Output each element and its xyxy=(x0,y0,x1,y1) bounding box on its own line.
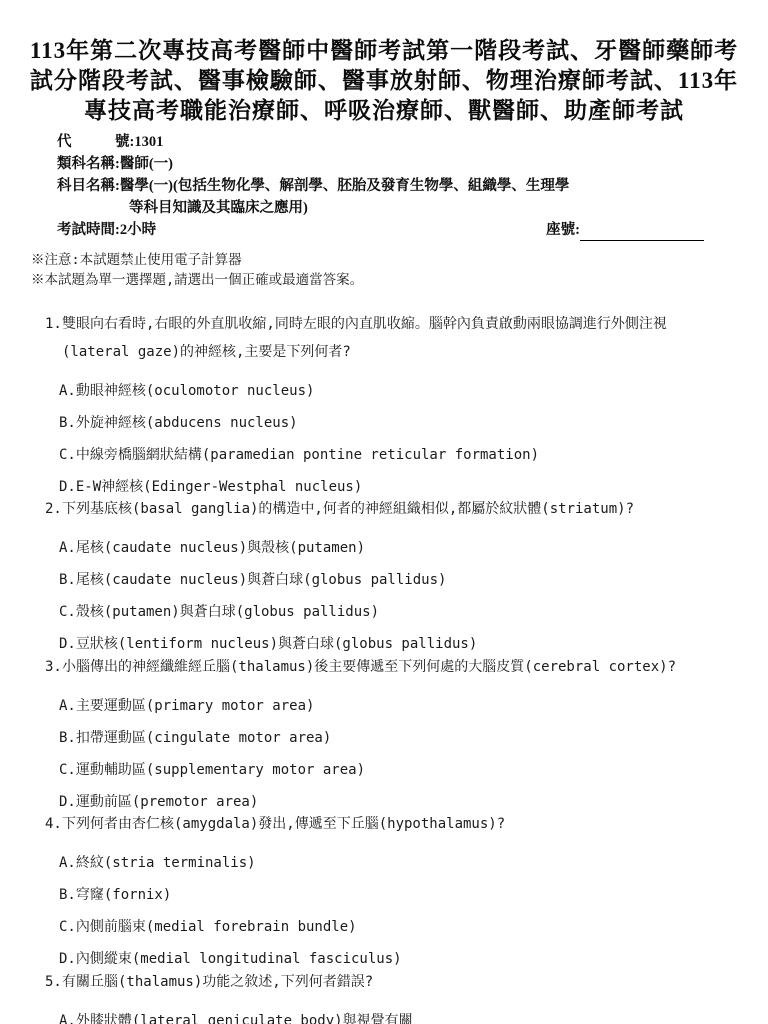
option-text: 尾核(caudate nucleus)與殼核(putamen) xyxy=(76,540,365,556)
option-text: 主要運動區(primary motor area) xyxy=(76,698,315,714)
option-c: C.運動輔助區(supplementary motor area) xyxy=(59,763,768,778)
subject-row: 科目名稱:醫學(一)(包括生物化學、解剖學、胚胎及發育生物學、組織學、生理學 xyxy=(57,175,738,197)
exam-code-row: 代 號:1301 xyxy=(57,131,738,153)
question-number: 5. xyxy=(45,969,62,997)
option-a: A.外膝狀體(lateral geniculate body)與視覺有關 xyxy=(59,1014,768,1024)
option-text: 動眼神經核(oculomotor nucleus) xyxy=(76,383,315,399)
option-label: C. xyxy=(59,919,76,935)
option-label: A. xyxy=(59,383,76,399)
option-label: D. xyxy=(59,636,76,652)
option-d: D.內側縱束(medial longitudinal fasciculus) xyxy=(59,952,768,967)
option-a: A.動眼神經核(oculomotor nucleus) xyxy=(59,384,768,399)
option-text: 豆狀核(lentiform nucleus)與蒼白球(globus pallid… xyxy=(76,636,477,652)
option-text: 運動輔助區(supplementary motor area) xyxy=(76,762,365,778)
question-line: 下列基底核(basal ganglia)的構造中,何者的神經組織相似,都屬於紋狀… xyxy=(62,501,634,517)
option-label: D. xyxy=(59,479,76,495)
question-number: 2. xyxy=(45,496,62,524)
option-d: D.運動前區(premotor area) xyxy=(59,795,768,810)
seat-number-label: 座號: xyxy=(546,219,580,241)
exam-time: 考試時間:2小時 xyxy=(57,219,156,241)
option-d: D.豆狀核(lentiform nucleus)與蒼白球(globus pall… xyxy=(59,637,768,652)
title-line-1: 113年第二次專技高考醫師中醫師考試第一階段考試、牙醫師藥師考 xyxy=(12,36,756,66)
category-row: 類科名稱:醫師(一) xyxy=(57,153,738,175)
option-text: E-W神經核(Edinger-Westphal nucleus) xyxy=(76,479,362,495)
option-label: A. xyxy=(59,855,76,871)
exam-time-label: 考試時間: xyxy=(57,222,120,238)
subject-value-line1: 醫學(一)(包括生物化學、解剖學、胚胎及發育生物學、組織學、生理學 xyxy=(120,178,569,194)
question-number: 3. xyxy=(45,654,62,682)
option-text: 內側縱束(medial longitudinal fasciculus) xyxy=(76,951,402,967)
option-text: 運動前區(premotor area) xyxy=(76,794,258,810)
question-line: 下列何者由杏仁核(amygdala)發出,傳遞至下丘腦(hypothalamus… xyxy=(62,816,505,832)
question-text: 3.小腦傳出的神經纖維經丘腦(thalamus)後主要傳遞至下列何處的大腦皮質(… xyxy=(45,654,768,682)
question-4: 4.下列何者由杏仁核(amygdala)發出,傳遞至下丘腦(hypothalam… xyxy=(0,811,768,967)
question-text: 4.下列何者由杏仁核(amygdala)發出,傳遞至下丘腦(hypothalam… xyxy=(45,811,768,839)
question-3: 3.小腦傳出的神經纖維經丘腦(thalamus)後主要傳遞至下列何處的大腦皮質(… xyxy=(0,654,768,810)
option-a: A.主要運動區(primary motor area) xyxy=(59,699,768,714)
subject-value-line2: 等科目知識及其臨床之應用) xyxy=(129,197,738,219)
option-c: C.內側前腦束(medial forebrain bundle) xyxy=(59,920,768,935)
option-label: C. xyxy=(59,762,76,778)
title-line-2: 試分階段考試、醫事檢驗師、醫事放射師、物理治療師考試、113年 xyxy=(12,66,756,96)
question-2: 2.下列基底核(basal ganglia)的構造中,何者的神經組織相似,都屬於… xyxy=(0,496,768,652)
question-list: 1.雙眼向右看時,右眼的外直肌收縮,同時左眼的內直肌收縮。腦幹內負責啟動兩眼協調… xyxy=(0,311,768,1024)
option-text: 外旋神經核(abducens nucleus) xyxy=(76,415,298,431)
subject-label: 科目名稱: xyxy=(57,178,120,194)
exam-time-value: 2小時 xyxy=(120,222,156,238)
option-b: B.尾核(caudate nucleus)與蒼白球(globus pallidu… xyxy=(59,573,768,588)
question-line: 雙眼向右看時,右眼的外直肌收縮,同時左眼的內直肌收縮。腦幹內負責啟動兩眼協調進行… xyxy=(62,316,667,332)
option-text: 穹窿(fornix) xyxy=(76,887,171,903)
note-no-calculator: ※注意:本試題禁止使用電子計算器 xyxy=(31,250,768,270)
exam-meta: 代 號:1301 類科名稱:醫師(一) 科目名稱:醫學(一)(包括生物化學、解剖… xyxy=(57,131,738,241)
option-text: 終紋(stria terminalis) xyxy=(76,855,256,871)
exam-code-label: 代 號: xyxy=(57,134,134,150)
option-text: 中線旁橋腦網狀結構(paramedian pontine reticular f… xyxy=(76,447,539,463)
exam-paper-page: 113年第二次專技高考醫師中醫師考試第一階段考試、牙醫師藥師考 試分階段考試、醫… xyxy=(0,0,768,1024)
seat-number: 座號: xyxy=(546,219,704,241)
option-a: A.尾核(caudate nucleus)與殼核(putamen) xyxy=(59,541,768,556)
exam-title: 113年第二次專技高考醫師中醫師考試第一階段考試、牙醫師藥師考 試分階段考試、醫… xyxy=(12,36,756,126)
option-text: 扣帶運動區(cingulate motor area) xyxy=(76,730,331,746)
category-label: 類科名稱: xyxy=(57,156,120,172)
seat-number-blank-line xyxy=(580,225,704,241)
option-b: B.外旋神經核(abducens nucleus) xyxy=(59,416,768,431)
question-text: 5.有關丘腦(thalamus)功能之敘述,下列何者錯誤? xyxy=(45,969,768,997)
option-label: B. xyxy=(59,572,76,588)
option-b: B.扣帶運動區(cingulate motor area) xyxy=(59,731,768,746)
title-line-3: 專技高考職能治療師、呼吸治療師、獸醫師、助產師考試 xyxy=(12,96,756,126)
option-label: B. xyxy=(59,415,76,431)
option-text: 殼核(putamen)與蒼白球(globus pallidus) xyxy=(76,604,379,620)
question-number: 1. xyxy=(45,311,62,339)
option-label: D. xyxy=(59,794,76,810)
question-text: 2.下列基底核(basal ganglia)的構造中,何者的神經組織相似,都屬於… xyxy=(45,496,768,524)
category-value: 醫師(一) xyxy=(120,156,173,172)
question-text: 1.雙眼向右看時,右眼的外直肌收縮,同時左眼的內直肌收縮。腦幹內負責啟動兩眼協調… xyxy=(45,311,768,339)
option-label: B. xyxy=(59,887,76,903)
question-number: 4. xyxy=(45,811,62,839)
question-line: 小腦傳出的神經纖維經丘腦(thalamus)後主要傳遞至下列何處的大腦皮質(ce… xyxy=(62,659,676,675)
option-label: A. xyxy=(59,1013,76,1024)
option-a: A.終紋(stria terminalis) xyxy=(59,856,768,871)
question-line: 有關丘腦(thalamus)功能之敘述,下列何者錯誤? xyxy=(62,974,373,990)
option-label: B. xyxy=(59,730,76,746)
option-label: A. xyxy=(59,698,76,714)
exam-notes: ※注意:本試題禁止使用電子計算器 ※本試題為單一選擇題,請選出一個正確或最適當答… xyxy=(31,250,768,290)
question-5: 5.有關丘腦(thalamus)功能之敘述,下列何者錯誤? A.外膝狀體(lat… xyxy=(0,969,768,1024)
option-label: A. xyxy=(59,540,76,556)
question-line: (lateral gaze)的神經核,主要是下列何者? xyxy=(62,339,768,367)
note-single-choice: ※本試題為單一選擇題,請選出一個正確或最適當答案。 xyxy=(31,270,768,290)
exam-time-row: 考試時間:2小時 座號: xyxy=(57,219,738,241)
option-label: C. xyxy=(59,604,76,620)
option-d: D.E-W神經核(Edinger-Westphal nucleus) xyxy=(59,480,768,495)
exam-code-value: 1301 xyxy=(134,134,163,150)
question-1: 1.雙眼向右看時,右眼的外直肌收縮,同時左眼的內直肌收縮。腦幹內負責啟動兩眼協調… xyxy=(0,311,768,494)
option-text: 內側前腦束(medial forebrain bundle) xyxy=(76,919,357,935)
option-label: D. xyxy=(59,951,76,967)
option-c: C.殼核(putamen)與蒼白球(globus pallidus) xyxy=(59,605,768,620)
option-c: C.中線旁橋腦網狀結構(paramedian pontine reticular… xyxy=(59,448,768,463)
option-b: B.穹窿(fornix) xyxy=(59,888,768,903)
option-text: 尾核(caudate nucleus)與蒼白球(globus pallidus) xyxy=(76,572,447,588)
option-label: C. xyxy=(59,447,76,463)
option-text: 外膝狀體(lateral geniculate body)與視覺有關 xyxy=(76,1013,413,1024)
